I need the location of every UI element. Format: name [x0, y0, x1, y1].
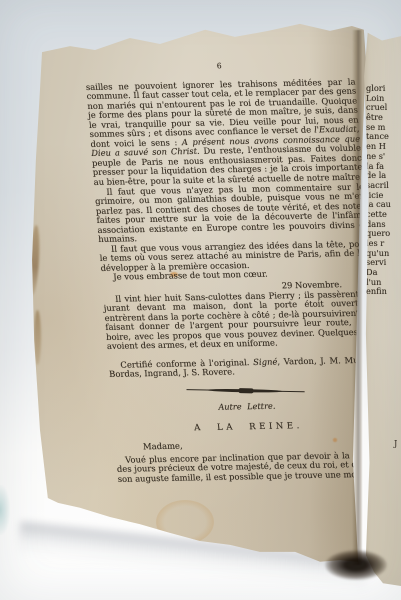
- fragment-line: cette: [366, 210, 391, 220]
- fragment-line: se m: [366, 123, 391, 133]
- certification-line: Certifié conforme à l'original. Signé, V…: [108, 355, 379, 380]
- edge-stain: [28, 225, 41, 295]
- right-page-text-fragments: gloriLoincruelêtrese mtanceen Hne s'la f…: [366, 84, 391, 297]
- gutter-shadow: [352, 30, 362, 565]
- right-page-fragment-lower: J: [394, 438, 397, 448]
- fragment-line: tance: [366, 132, 391, 142]
- fragment-line: ne s': [366, 152, 391, 162]
- fragment-line: licie: [366, 191, 391, 201]
- edge-stain: [34, 310, 41, 365]
- fragment-line: la fa: [366, 162, 391, 172]
- book-photograph: 6 sailles ne pouvoient ignorer les trahi…: [0, 0, 401, 600]
- background-sliver: [0, 485, 10, 535]
- section-divider-rule: [186, 386, 304, 395]
- fragment-line: cruel: [366, 103, 391, 113]
- paragraph-commune: sailles ne pouvoient ignorer les trahiso…: [86, 77, 364, 187]
- fragment-line: les r: [366, 239, 391, 249]
- fragment-line: glori: [366, 84, 391, 94]
- letter-label: Autre Lettre.: [112, 399, 382, 414]
- paragraph-grimoire: Il faut que vous n'ayez pas lu mon comme…: [94, 182, 368, 245]
- fragment-line: enfin: [366, 287, 391, 297]
- fragment-line: qu'un: [366, 249, 391, 259]
- fragment-line: Da: [366, 268, 391, 278]
- letter-addressee: A LA REINE.: [113, 420, 383, 435]
- rule-ornament: [206, 388, 282, 393]
- paragraph-voue: Voué plus encore par inclination que par…: [116, 450, 388, 484]
- fragment-line: l'un: [366, 278, 391, 288]
- paragraph-sans-culottes: Il vint hier huit Sans-culottes dans Pie…: [103, 289, 377, 352]
- left-page: 6 sailles ne pouvoient ignorer les trahi…: [28, 20, 370, 565]
- fragment-line: en H: [366, 142, 391, 152]
- fragment-line: Loin: [366, 94, 391, 104]
- fragment-line: sacril: [366, 181, 391, 191]
- page-gap-shadow: [325, 550, 387, 580]
- fragment-line: de la: [366, 171, 391, 181]
- page-text: 6 sailles ne pouvoient ignorer les trahi…: [84, 59, 388, 485]
- fragment-line: quero: [366, 229, 391, 239]
- page-number: 6: [84, 59, 354, 74]
- fragment-line: la cau: [366, 200, 391, 210]
- fragment-line: servi: [366, 258, 391, 268]
- fragment-line: dans: [366, 220, 391, 230]
- fragment-line: être: [366, 113, 391, 123]
